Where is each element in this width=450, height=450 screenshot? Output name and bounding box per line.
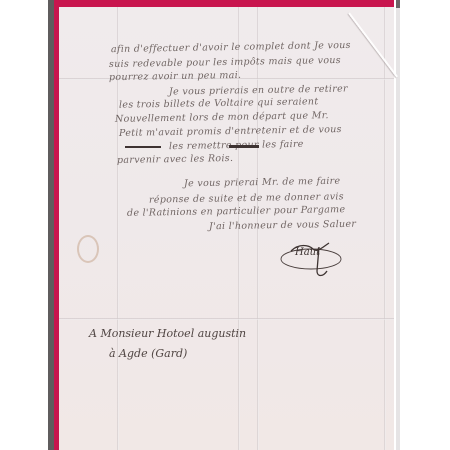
letter-line: les trois billets de Voltaire qui seraie… [119, 96, 319, 110]
letter-line: réponse de suite et de me donner avis [149, 191, 344, 205]
address-line-1: A Monsieur Hotoel augustin [89, 327, 246, 340]
letter-line: Nouvellement lors de mon départ que Mr. [115, 110, 329, 125]
letter-line: suis redevable pour les impôts mais que … [109, 55, 341, 70]
letter-line: parvenir avec les Rois. [117, 153, 233, 166]
scan-edge-right [396, 0, 400, 450]
paper-sheet: afin d'effectuer d'avoir le complet dont… [59, 7, 394, 450]
letter-line: de l'Ratinions en particulier pour Parga… [127, 204, 346, 219]
letter-line: afin d'effectuer d'avoir le complet dont… [111, 40, 351, 55]
scan-edge-right-top [396, 0, 400, 8]
strikethrough [125, 146, 161, 148]
fold-line-horizontal [59, 318, 394, 320]
letter-line: Je vous prierai Mr. de me faire [184, 176, 341, 190]
fold-line-vertical [384, 7, 386, 450]
letter-line: pourrez avoir un peu mai. [109, 70, 241, 83]
letter-line: Petit m'avait promis d'entretenir et de … [119, 124, 342, 139]
ink-stain [77, 235, 99, 263]
letter-line: Je vous prierais en outre de retirer [169, 83, 348, 97]
letter-scan: afin d'effectuer d'avoir le complet dont… [48, 0, 400, 450]
strikethrough [229, 145, 259, 148]
address-line-2: à Agde (Gard) [109, 347, 187, 360]
letter-line: J'ai l'honneur de vous Saluer [209, 219, 356, 233]
border-top [54, 0, 394, 7]
signature-flourish: Haut [279, 237, 349, 281]
signature-text: Haut [294, 247, 321, 258]
corner-crease [348, 12, 398, 77]
